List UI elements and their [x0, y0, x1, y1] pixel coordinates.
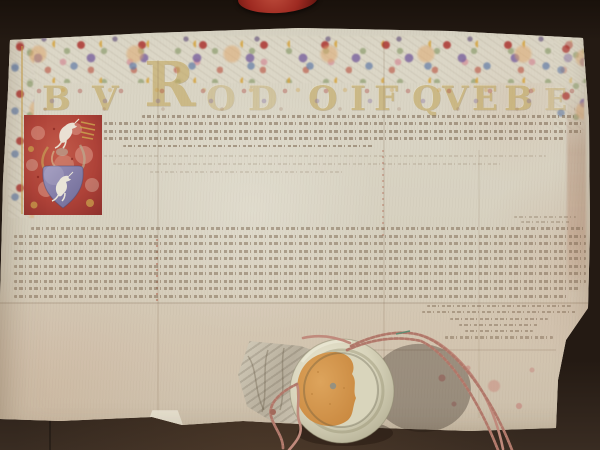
- script-line: [14, 250, 586, 253]
- script-line: [142, 115, 574, 118]
- coat-of-arms-miniature: [24, 115, 102, 215]
- script-line: [465, 330, 533, 332]
- script-line: [14, 235, 586, 238]
- script-line: [450, 318, 549, 320]
- script-line: [14, 265, 586, 268]
- script-line: [14, 295, 569, 298]
- letters-ornament-filigree: [30, 84, 575, 115]
- script-line: [104, 130, 584, 133]
- script-line: [459, 324, 539, 326]
- script-line: [445, 336, 553, 338]
- script-line: [521, 221, 569, 223]
- script-text-block-margin-note: [514, 216, 576, 226]
- script-line: [104, 137, 565, 140]
- arms-helm: [56, 148, 68, 156]
- gold-border-rule: [21, 46, 23, 214]
- charter-photograph: BVRODOIFQVEBE: [0, 0, 600, 450]
- script-line: [14, 287, 580, 290]
- script-line: [14, 280, 586, 283]
- script-line: [123, 145, 373, 148]
- script-line: [113, 163, 499, 165]
- script-line: [422, 311, 576, 313]
- script-line: [14, 272, 586, 275]
- script-line: [14, 242, 586, 245]
- script-line: [514, 216, 576, 218]
- script-text-block-intro: [104, 115, 584, 152]
- script-text-block-intro-faint: [104, 155, 564, 179]
- script-line: [427, 305, 572, 307]
- script-text-block-signatures: [422, 305, 576, 343]
- script-line: [150, 171, 343, 173]
- script-line: [104, 155, 546, 157]
- script-line: [104, 122, 584, 125]
- script-text-block-body: [14, 227, 586, 302]
- script-line: [31, 227, 586, 230]
- script-line: [14, 257, 586, 260]
- pink-wax-stains: [424, 356, 546, 422]
